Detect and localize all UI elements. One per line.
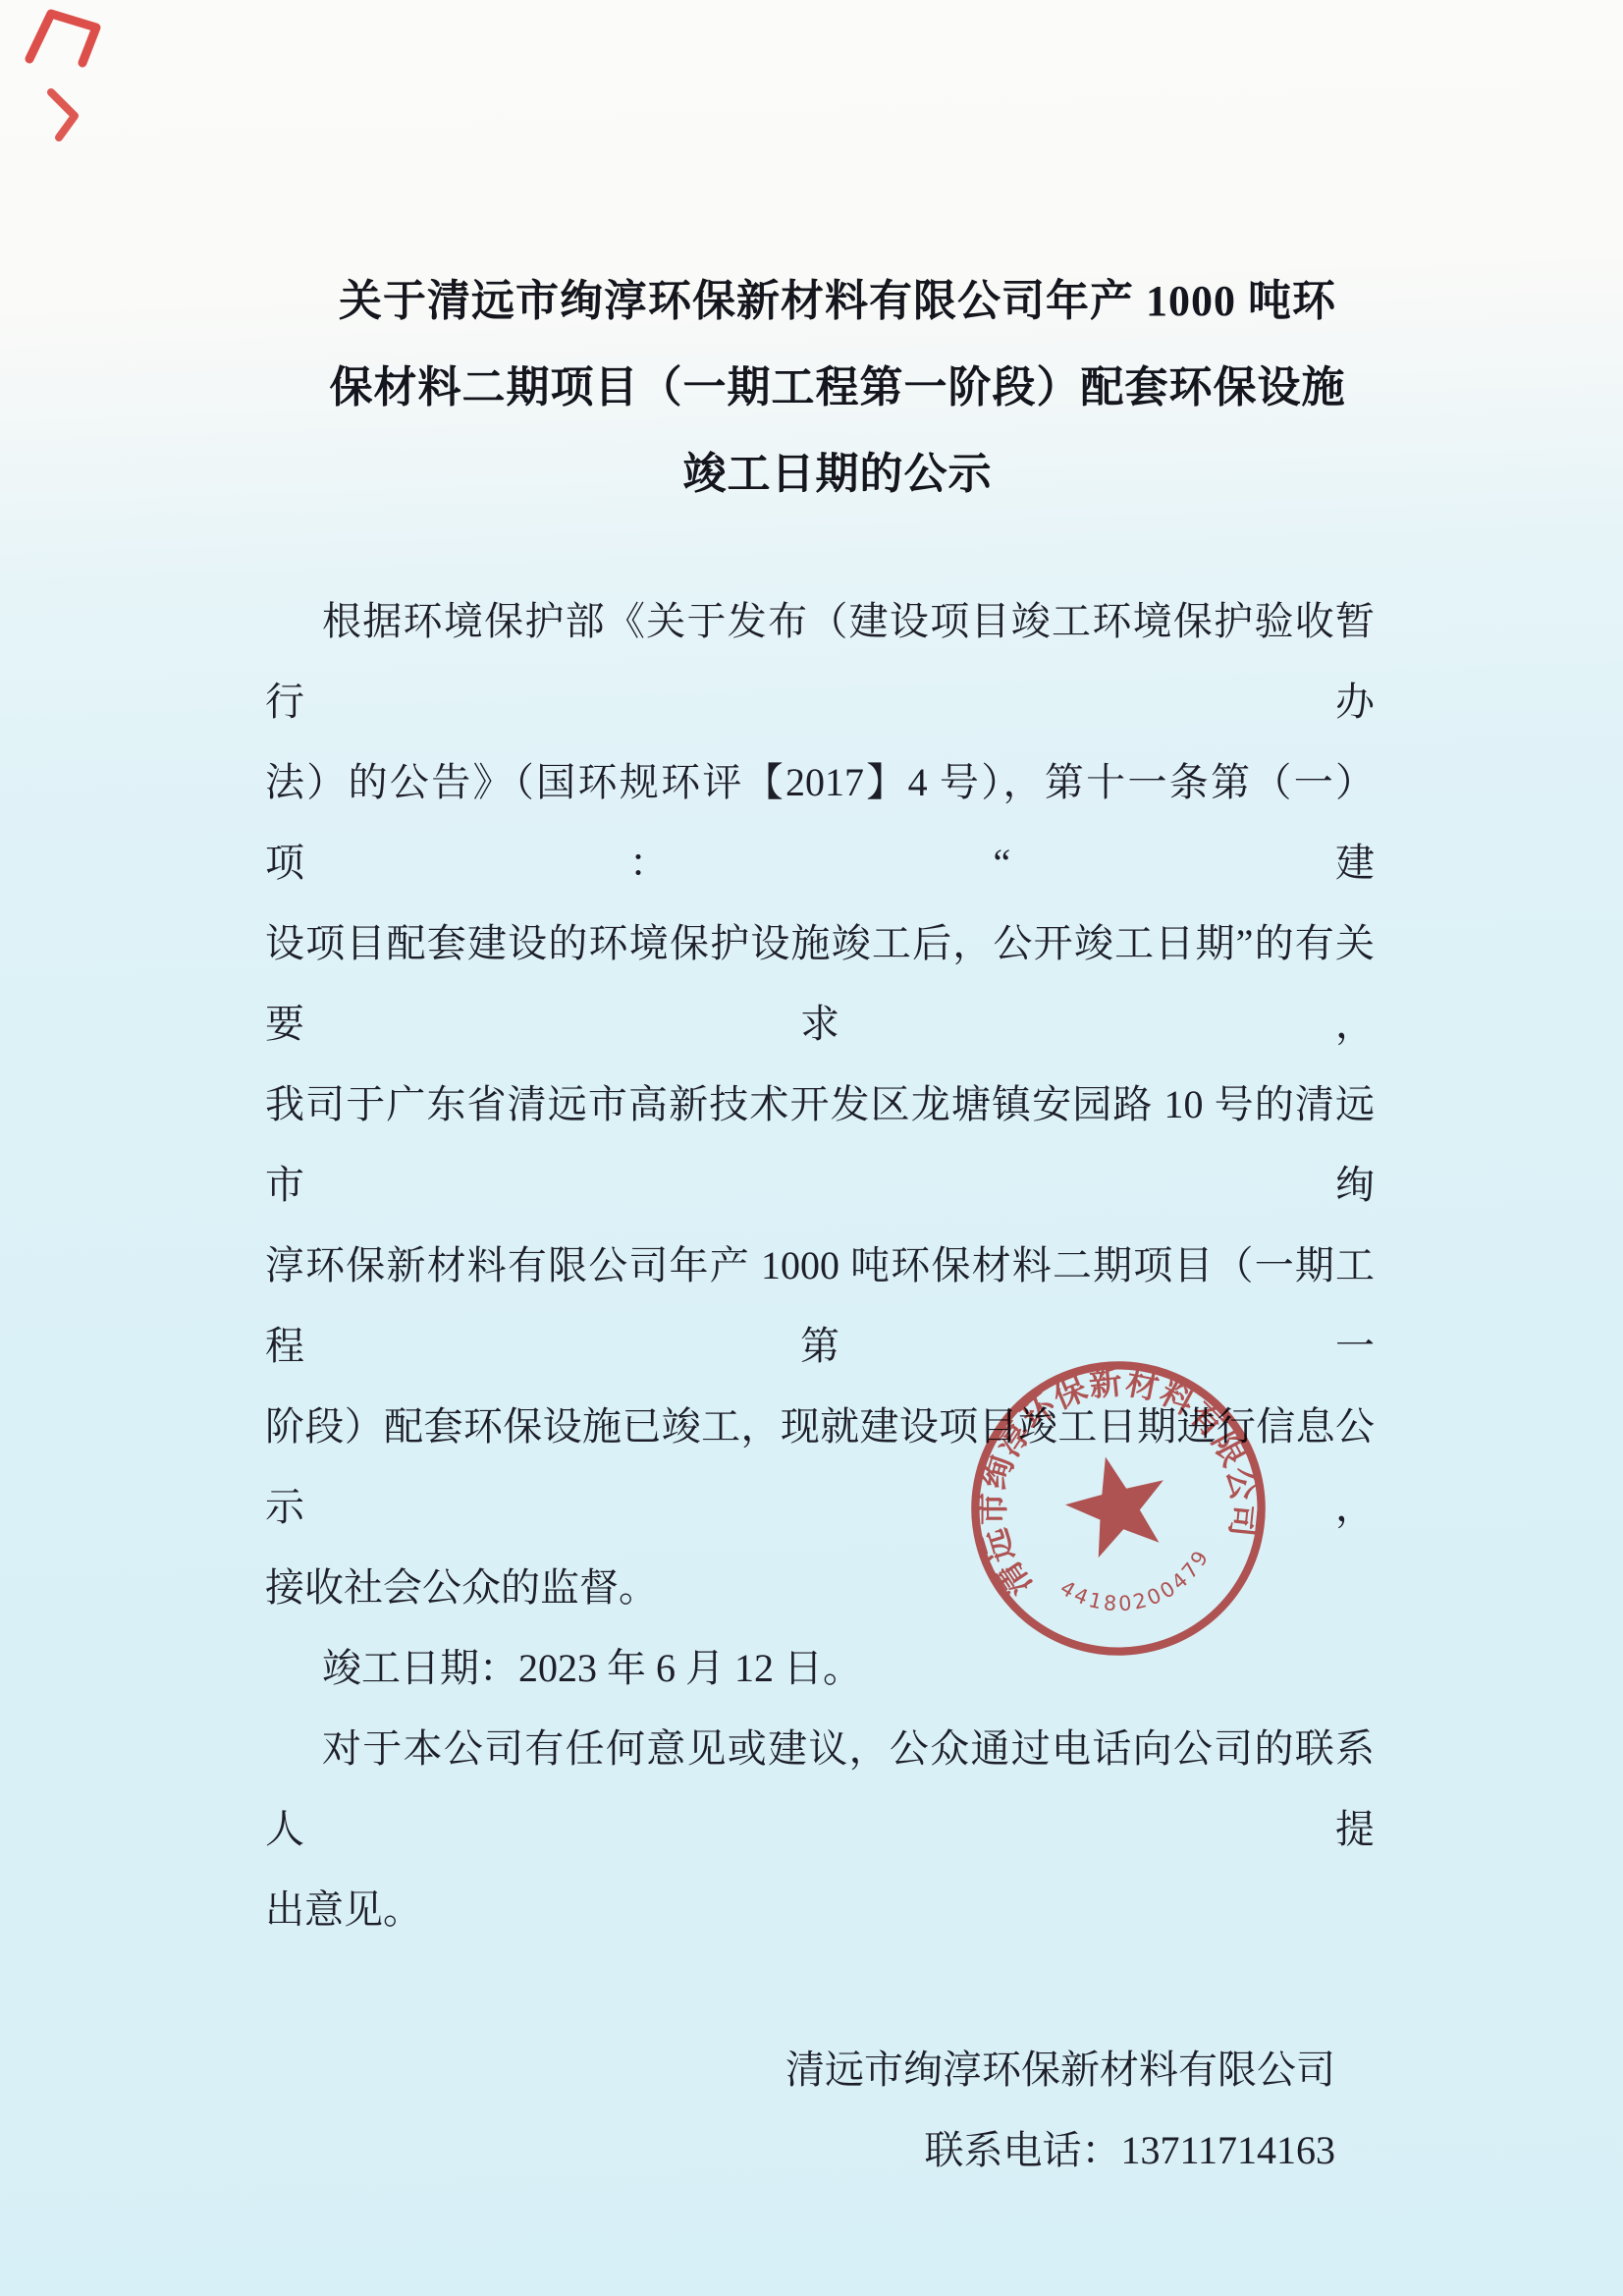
company-signature: 清远市绚淳环保新材料有限公司 [265, 2030, 1335, 2110]
scanned-document-page: { "doc": { "title_lines": [ "关于清远市绚淳环保新材… [0, 0, 1623, 2296]
paragraph-1-line: 淳环保新材料有限公司年产 1000 吨环保材料二期项目（一期工程第一 [265, 1226, 1375, 1387]
signature-block: 清远市绚淳环保新材料有限公司 联系电话：13711714163 [265, 2030, 1375, 2191]
paragraph-1-line: 设项目配套建设的环境保护设施竣工后，公开竣工日期”的有关要求， [265, 903, 1375, 1065]
paragraph-1-line: 阶段）配套环保设施已竣工，现就建设项目竣工日期进行信息公示， [265, 1387, 1375, 1548]
paragraph-1-line: 接收社会公众的监督。 [265, 1548, 1375, 1628]
notice-body: 根据环境保护部《关于发布（建设项目竣工环境保护验收暂行办 法）的公告》（国环规环… [265, 581, 1375, 1950]
paragraph-1-line: 根据环境保护部《关于发布（建设项目竣工环境保护验收暂行办 [265, 581, 1375, 742]
notice-document: 关于清远市绚淳环保新材料有限公司年产 1000 吨环 保材料二期项目（一期工程第… [265, 0, 1375, 2191]
paragraph-1-line: 法）的公告》（国环规环评【2017】4 号），第十一条第（一）项：“建 [265, 742, 1375, 903]
red-pen-scan-artifact [12, 2, 120, 149]
paragraph-3-line: 对于本公司有任何意见或建议，公众通过电话向公司的联系人提 [265, 1709, 1375, 1870]
completion-date-line: 竣工日期：2023 年 6 月 12 日。 [265, 1628, 1375, 1709]
title-line-1: 关于清远市绚淳环保新材料有限公司年产 1000 吨环 [300, 258, 1375, 345]
paragraph-1-line: 我司于广东省清远市高新技术开发区龙塘镇安园路 10 号的清远市绚 [265, 1065, 1375, 1226]
notice-title: 关于清远市绚淳环保新材料有限公司年产 1000 吨环 保材料二期项目（一期工程第… [265, 0, 1375, 518]
paragraph-3-line: 出意见。 [265, 1870, 1375, 1950]
contact-phone: 联系电话：13711714163 [265, 2110, 1335, 2191]
title-line-2: 保材料二期项目（一期工程第一阶段）配套环保设施 [300, 345, 1375, 431]
title-line-3: 竣工日期的公示 [300, 431, 1375, 518]
